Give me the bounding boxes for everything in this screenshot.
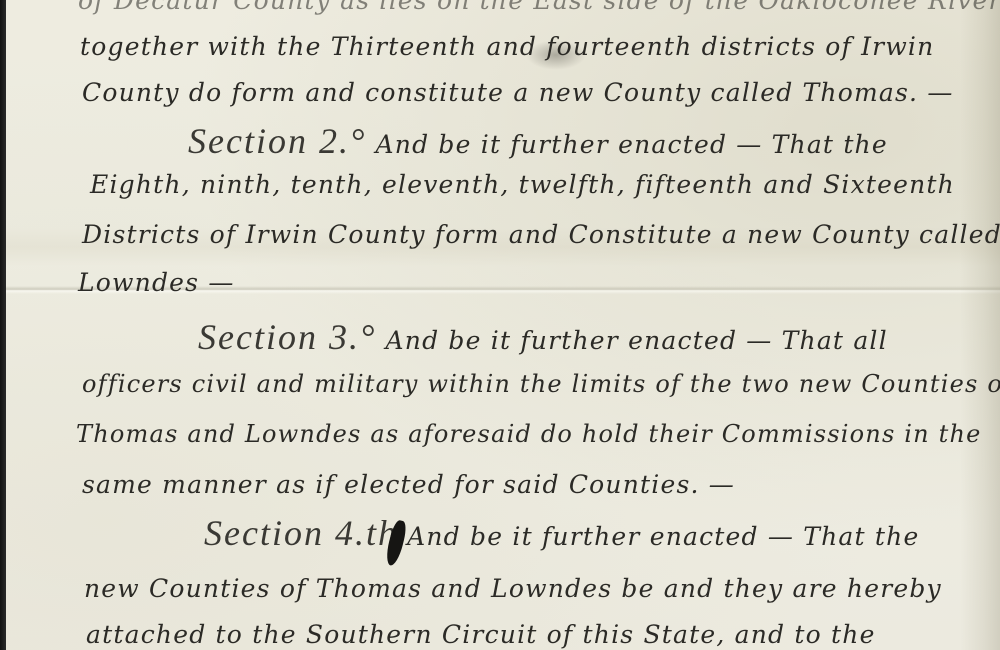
- manuscript-line-11: same manner as if elected for said Count…: [82, 470, 735, 499]
- section-4-label: Section 4.th: [204, 513, 398, 553]
- manuscript-line-9: officers civil and military within the l…: [82, 370, 1000, 398]
- paper-edge-shadow: [960, 0, 1000, 650]
- section-2-heading: Section 2.° And be it further enacted — …: [188, 120, 888, 162]
- document-page: of Decatur County as lies on the East si…: [6, 0, 1000, 650]
- manuscript-line-10: Thomas and Lowndes as aforesaid do hold …: [76, 420, 982, 448]
- section-4-heading: Section 4.th And be it further enacted —…: [204, 512, 919, 554]
- section-2-label: Section 2.°: [188, 121, 366, 161]
- manuscript-line-3: County do form and constitute a new Coun…: [82, 78, 954, 107]
- section-3-heading: Section 3.° And be it further enacted — …: [198, 316, 888, 358]
- manuscript-line-7: Lowndes —: [78, 268, 235, 297]
- section-3-text: And be it further enacted — That all: [386, 326, 888, 355]
- section-4-text: And be it further enacted — That the: [407, 522, 919, 551]
- manuscript-line-5: Eighth, ninth, tenth, eleventh, twelfth,…: [90, 170, 955, 199]
- manuscript-line-6: Districts of Irwin County form and Const…: [82, 220, 1000, 249]
- manuscript-line-2: together with the Thirteenth and fourtee…: [80, 32, 934, 61]
- section-3-label: Section 3.°: [198, 317, 376, 357]
- section-2-text: And be it further enacted — That the: [376, 130, 888, 159]
- manuscript-line-13: new Counties of Thomas and Lowndes be an…: [84, 574, 942, 603]
- manuscript-line-1: of Decatur County as lies on the East si…: [78, 0, 1000, 15]
- manuscript-line-14: attached to the Southern Circuit of this…: [86, 620, 876, 649]
